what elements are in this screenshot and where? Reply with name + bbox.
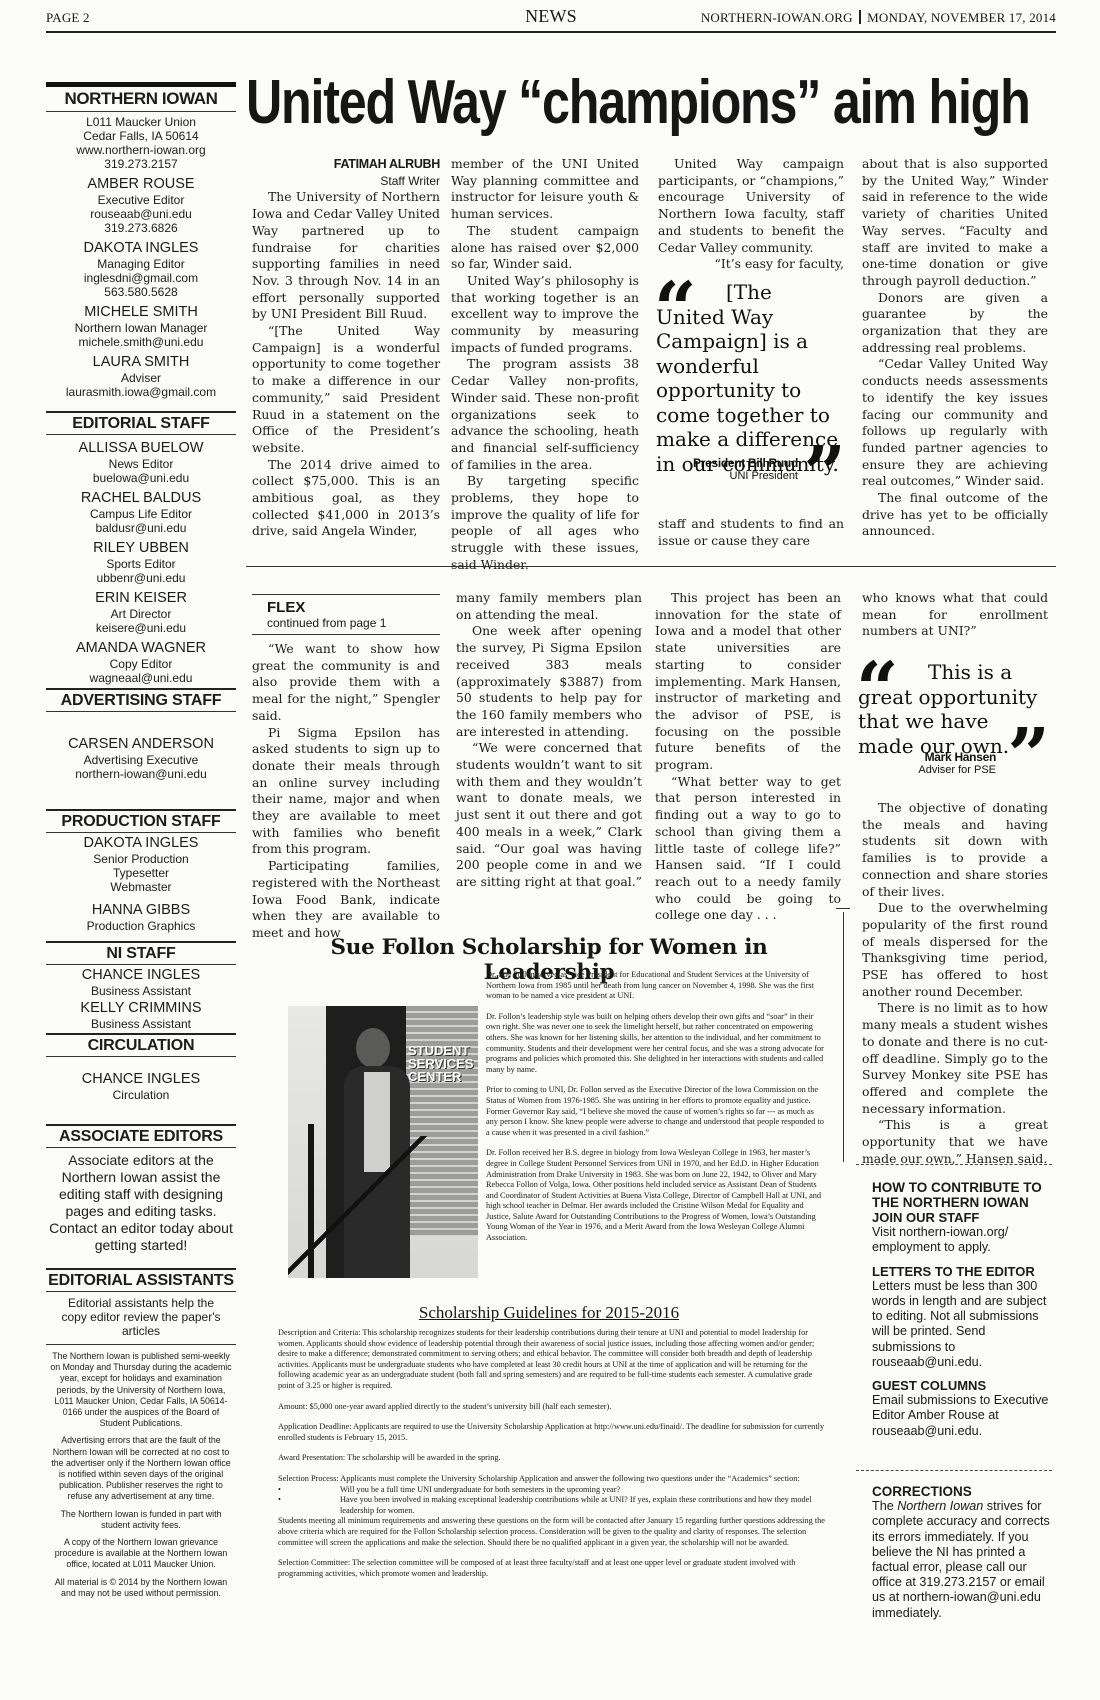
divider <box>836 908 850 909</box>
email-link[interactable]: ubbenr@uni.edu <box>46 571 236 585</box>
close-quote-icon: ” <box>803 444 846 504</box>
close-quote-icon: ” <box>1007 726 1050 786</box>
question-item: Will you be a full time UNI undergraduat… <box>278 1485 826 1496</box>
selection-questions: Will you be a full time UNI undergraduat… <box>278 1485 826 1517</box>
staff-entry: RILEY UBBEN Sports Editor ubbenr@uni.edu <box>46 540 236 585</box>
main-story-col-1: FATIMAH ALRUBH Staff Writer The Universi… <box>252 156 440 540</box>
funding-notice: The Northern Iowan is funded in part wit… <box>46 1509 236 1531</box>
advertising-staff-heading: ADVERTISING STAFF <box>46 690 236 711</box>
header-rule <box>46 31 1056 33</box>
main-story-col-3-cont: staff and students to find an issue or c… <box>658 516 844 549</box>
join-text[interactable]: Visit northern-iowan.org/ employment to … <box>872 1225 1052 1255</box>
associate-editors-heading: ASSOCIATE EDITORS <box>46 1126 236 1147</box>
staff-entry: AMBER ROUSE Executive Editor rouseaab@un… <box>46 176 236 235</box>
flex-title: FLEX <box>252 599 440 616</box>
open-quote-icon: “ <box>856 660 899 720</box>
dashed-divider <box>856 1164 1052 1165</box>
pull-quote-attribution: President Bill Ruud UNI President ” <box>656 456 846 482</box>
ni-staff-heading: NI STAFF <box>46 943 236 964</box>
corrections-text: The Northern Iowan strives for complete … <box>872 1499 1052 1621</box>
dashed-divider <box>856 1470 1052 1471</box>
editorial-staff-heading: EDITORIAL STAFF <box>46 413 236 434</box>
deadline: Application Deadline: Applicants are req… <box>278 1422 826 1443</box>
selection-committee: Selection Committee: The selection commi… <box>278 1558 826 1579</box>
issue-date: MONDAY, NOVEMBER 17, 2014 <box>867 10 1056 25</box>
staff-entry: RACHEL BALDUS Campus Life Editor baldusr… <box>46 490 236 535</box>
publication-notice: The Northern Iowan is published semi-wee… <box>46 1351 236 1429</box>
staff-entry: MICHELE SMITH Northern Iowan Manager mic… <box>46 304 236 349</box>
main-story-col-2: member of the UNI United Way planning co… <box>451 156 639 574</box>
sue-follon-photo: STUDENT SERVICES CENTER <box>288 1006 478 1278</box>
flex-col-4: who knows what that could mean for enrol… <box>862 590 1048 640</box>
website-link[interactable]: www.northern-iowan.org <box>46 143 236 157</box>
question-item: Have you been involved in making excepti… <box>278 1495 826 1516</box>
email-link[interactable]: wagneaal@uni.edu <box>46 671 236 685</box>
selection-process: Selection Process: Applicants must compl… <box>278 1474 826 1548</box>
main-story-col-4: about that is also supported by the Unit… <box>862 156 1048 540</box>
page-header: PAGE 2 NEWS NORTHERN-IOWAN.ORG MONDAY, N… <box>46 8 1056 30</box>
divider <box>46 111 236 112</box>
figure-head <box>356 1028 390 1068</box>
masthead-sidebar: NORTHERN IOWAN L011 Maucker Union Cedar … <box>46 82 236 1599</box>
guest-text: Email submissions to Executive Editor Am… <box>872 1393 1052 1439</box>
divider <box>46 1344 236 1345</box>
grievance-notice: A copy of the Northern Iowan grievance p… <box>46 1537 236 1571</box>
copyright-notice: All material is © 2014 by the Northern I… <box>46 1577 236 1599</box>
header-divider <box>859 10 861 24</box>
main-story-col-3: United Way campaign participants, or “ch… <box>658 156 844 273</box>
pull-quote-hansen: “ This is a great opportunity that we ha… <box>858 660 1050 776</box>
divider <box>46 1056 236 1057</box>
staff-entry: CHANCE INGLES Circulation <box>46 1071 236 1102</box>
quote-role: UNI President <box>656 470 798 482</box>
email-link[interactable]: michele.smith@uni.edu <box>46 335 236 349</box>
letters-heading: LETTERS TO THE EDITOR <box>872 1264 1052 1279</box>
associate-editors-text: Associate editors at the Northern Iowan … <box>46 1148 236 1258</box>
staff-entry: AMANDA WAGNER Copy Editor wagneaal@uni.e… <box>46 640 236 685</box>
site-url[interactable]: NORTHERN-IOWAN.ORG <box>701 10 853 25</box>
divider <box>46 964 236 965</box>
main-headline: United Way “champions” aim high <box>246 70 1056 136</box>
circulation-heading: CIRCULATION <box>46 1035 236 1056</box>
staff-entry: DAKOTA INGLES Managing Editor inglesdni@… <box>46 240 236 299</box>
production-staff-heading: PRODUCTION STAFF <box>46 811 236 832</box>
byline-role: Staff Writer <box>252 173 440 190</box>
advertising-errors-notice: Advertising errors that are the fault of… <box>46 1435 236 1502</box>
flex-subtitle[interactable]: continued from page 1 <box>252 616 440 630</box>
quote-role: Adviser for PSE <box>858 764 996 776</box>
guest-heading: GUEST COLUMNS <box>872 1378 1052 1393</box>
ad-border-right <box>843 912 844 1162</box>
flex-jump-head: FLEX continued from page 1 <box>252 594 440 635</box>
masthead-address: L011 Maucker Union Cedar Falls, IA 50614… <box>46 115 236 171</box>
byline-name: FATIMAH ALRUBH <box>252 156 440 173</box>
divider <box>46 832 236 833</box>
quote-name: President Bill Ruud <box>656 456 798 470</box>
flex-col-1: “We want to show how great the community… <box>252 641 440 942</box>
photo-sign: STUDENT SERVICES CENTER <box>408 1044 478 1083</box>
masthead-title: NORTHERN IOWAN <box>46 87 236 111</box>
contribute-box: HOW TO CONTRIBUTE TO THE NORTHERN IOWAN … <box>872 1180 1052 1439</box>
divider <box>46 711 236 712</box>
editorial-assistants-text: Editorial assistants help the copy edito… <box>46 1292 236 1342</box>
staff-entry: KELLY CRIMMINS Business Assistant <box>46 1000 236 1031</box>
pull-quote-ruud: “ [The United Way Campaign] is a wonderf… <box>656 280 846 305</box>
stair-railing <box>288 1136 478 1278</box>
byline: FATIMAH ALRUBH Staff Writer <box>252 156 440 189</box>
corrections-heading: CORRECTIONS <box>872 1484 1052 1499</box>
join-heading: JOIN OUR STAFF <box>872 1210 1052 1225</box>
flex-col-2: many family members plan on attending th… <box>456 590 642 891</box>
corrections-box: CORRECTIONS The Northern Iowan strives f… <box>872 1484 1052 1621</box>
contribute-heading: HOW TO CONTRIBUTE TO THE NORTHERN IOWAN <box>872 1180 1052 1210</box>
criteria: Description and Criteria: This scholarsh… <box>278 1328 826 1392</box>
flex-col-4-cont: The objective of donating the meals and … <box>862 800 1048 1167</box>
railing-post <box>308 1124 314 1278</box>
editorial-assistants-heading: EDITORIAL ASSISTANTS <box>46 1270 236 1291</box>
staff-entry: DAKOTA INGLES Senior Production Typesett… <box>46 835 236 894</box>
award-presentation: Award Presentation: The scholarship will… <box>278 1453 826 1464</box>
staff-entry: CARSEN ANDERSON Advertising Executive no… <box>46 736 236 781</box>
staff-entry: LAURA SMITH Adviser laurasmith.iowa@gmai… <box>46 354 236 399</box>
staff-entry: CHANCE INGLES Business Assistant <box>46 967 236 998</box>
staff-entry: ERIN KEISER Art Director keisere@uni.edu <box>46 590 236 635</box>
email-link[interactable]: baldusr@uni.edu <box>46 521 236 535</box>
scholarship-bio: Dr. Sue Follon served as Vice President … <box>486 970 826 1254</box>
header-right: NORTHERN-IOWAN.ORG MONDAY, NOVEMBER 17, … <box>701 10 1056 26</box>
flex-col-3: This project has been an innovation for … <box>655 590 841 924</box>
email-link[interactable]: buelowa@uni.edu <box>46 471 236 485</box>
scholarship-guidelines: Description and Criteria: This scholarsh… <box>278 1328 826 1589</box>
guidelines-title: Scholarship Guidelines for 2015-2016 <box>262 1303 836 1323</box>
email-link[interactable]: keisere@uni.edu <box>46 621 236 635</box>
email-link[interactable]: laurasmith.iowa@gmail.com <box>46 385 236 399</box>
staff-entry: HANNA GIBBS Production Graphics <box>46 902 236 933</box>
letters-text: Letters must be less than 300 words in l… <box>872 1279 1052 1370</box>
section-divider <box>246 566 1056 567</box>
email-link[interactable]: northern-iowan@uni.edu <box>46 767 236 781</box>
amount: Amount: $5,000 one-year award applied di… <box>278 1402 826 1413</box>
email-link[interactable]: rouseaab@uni.edu <box>46 207 236 221</box>
divider <box>46 434 236 435</box>
email-link[interactable]: inglesdni@gmail.com <box>46 271 236 285</box>
staff-entry: ALLISSA BUELOW News Editor buelowa@uni.e… <box>46 440 236 485</box>
